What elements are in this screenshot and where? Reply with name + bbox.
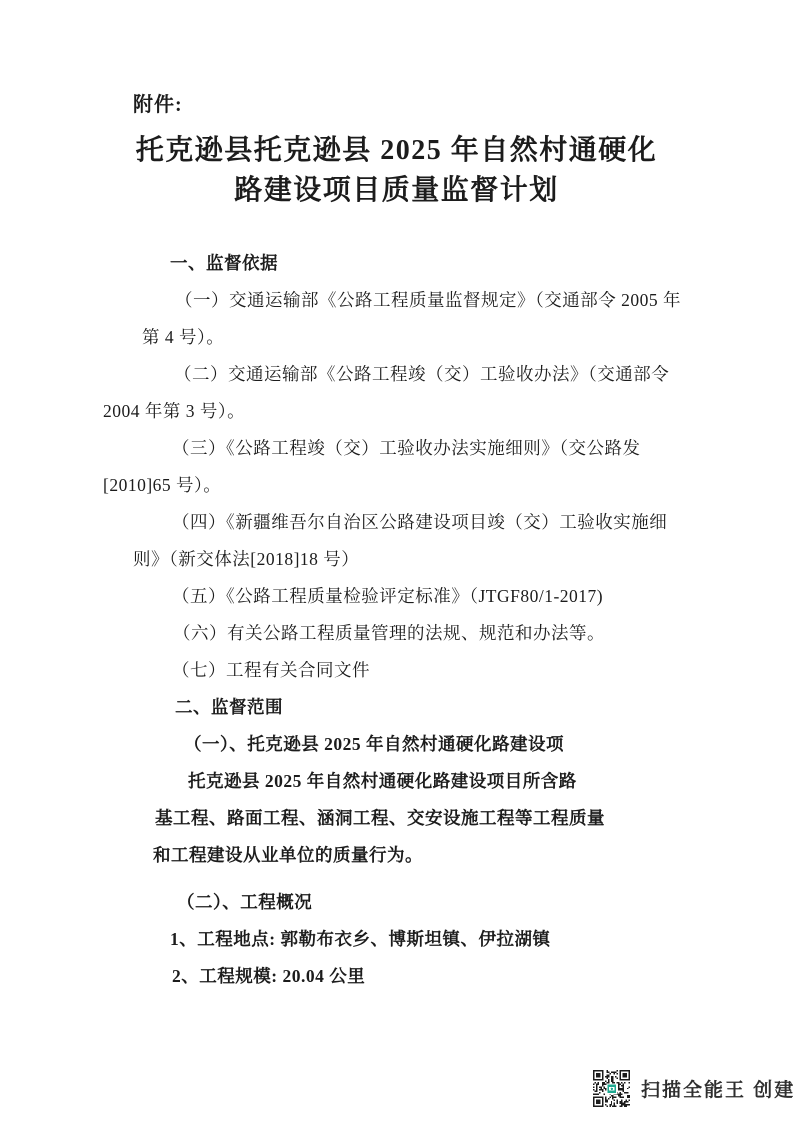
project-scale-line: 2、工程规模: 20.04 公里 [172,958,793,995]
qr-finder-dot [596,1100,600,1104]
scanner-credit-text: 扫描全能王 创建 [641,1075,793,1102]
body-line: 基工程、路面工程、涵洞工程、交安设施工程等工程质量 [155,800,793,837]
qr-logo-lens [611,1088,613,1090]
qr-finder-dot [596,1073,600,1077]
body-line: （四）《新疆维吾尔自治区公路建设项目竣（交）工验收实施细 [172,504,793,541]
title-line-1: 托克逊县托克逊县 2025 年自然村通硬化 [0,131,793,171]
project-location-line: 1、工程地点: 郭勒布衣乡、博斯坦镇、伊拉湖镇 [170,921,793,958]
subsection-heading-project-overview: （二）、工程概况 [177,884,793,921]
body-line: （六）有关公路工程质量管理的法规、规范和办法等。 [173,615,793,652]
subsection-project-title-line: （一）、托克逊县 2025 年自然村通硬化路建设项 [184,726,793,763]
attachment-label: 附件: [133,93,793,117]
scanned-document-page: 附件: 托克逊县托克逊县 2025 年自然村通硬化 路建设项目质量监督计划 一、… [0,0,793,1122]
body-line: （三）《公路工程竣（交）工验收办法实施细则》（交公路发 [172,430,793,467]
body-line: （五）《公路工程质量检验评定标准》（JTGF80/1-2017) [172,578,793,615]
qr-finder-dot [623,1073,627,1077]
body-line: [2010]65 号）。 [103,467,793,504]
body-line: 第 4 号）。 [142,319,793,356]
body-line: （一）交通运输部《公路工程质量监督规定》（交通部令 2005 年 [175,282,793,319]
section-heading-supervision-basis: 一、监督依据 [170,245,793,282]
body-line: 托克逊县 2025 年自然村通硬化路建设项目所含路 [188,763,793,800]
body-line: （二）交通运输部《公路工程竣（交）工验收办法》（交通部令 [174,356,793,393]
body-line: （七）工程有关合同文件 [172,652,793,689]
qr-code-icon [593,1070,630,1107]
document-body: 一、监督依据 （一）交通运输部《公路工程质量监督规定》（交通部令 2005 年 … [0,245,793,995]
section-heading-supervision-scope: 二、监督范围 [175,689,793,726]
body-line: 和工程建设从业单位的质量行为。 [153,837,793,874]
body-line: 2004 年第 3 号）。 [103,393,793,430]
body-line: 则》（新交体法[2018]18 号） [133,541,793,578]
document-title: 托克逊县托克逊县 2025 年自然村通硬化 路建设项目质量监督计划 [0,131,793,211]
title-line-2: 路建设项目质量监督计划 [0,171,793,211]
scanner-watermark: 扫描全能王 创建 [593,1070,793,1107]
